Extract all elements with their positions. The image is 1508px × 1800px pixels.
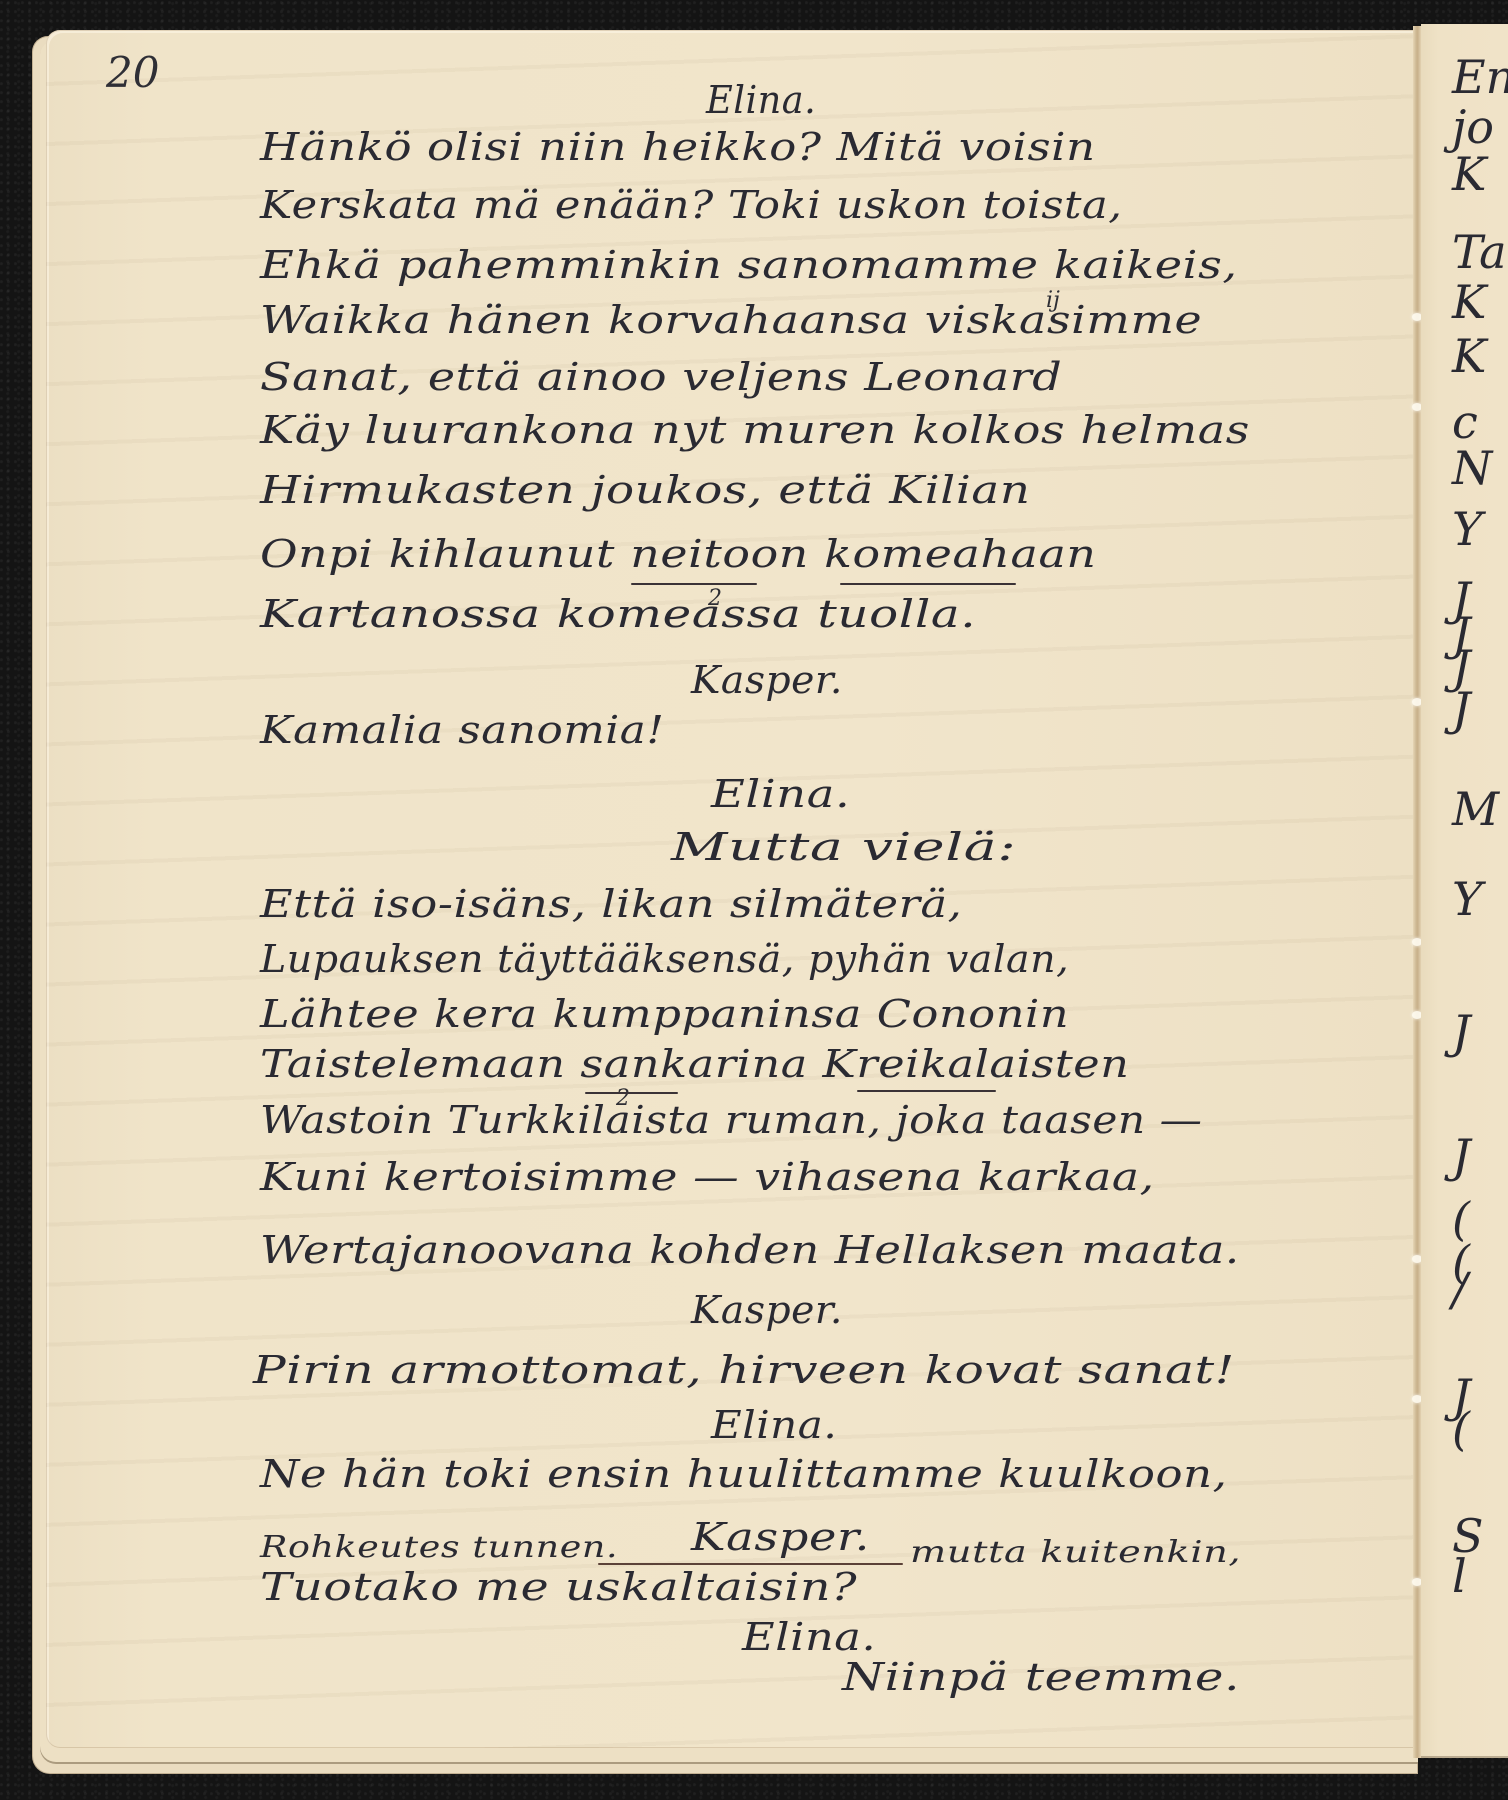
verse-line: Waikka hänen korvahaansa viskasimme xyxy=(260,301,1202,339)
verse-line: Pirin armottomat, hirveen kovat sanat! xyxy=(253,1351,1235,1389)
underline-komeahaan xyxy=(840,583,1016,585)
verse-line: Lähtee kera kumppaninsa Cononin xyxy=(260,995,1069,1033)
speaker-label-elina: Elina. xyxy=(711,1406,837,1444)
partial-glyph: J xyxy=(1452,1009,1470,1055)
partial-glyph: K xyxy=(1452,333,1486,379)
partial-glyph: J xyxy=(1452,686,1470,732)
book-gutter xyxy=(1413,26,1421,1758)
verse-line: Wastoin Turkkilaista ruman, joka taasen … xyxy=(260,1101,1202,1139)
verse-line: Onpi kihlaunut neitoon komeahaan xyxy=(260,535,1097,573)
partial-glyph: N xyxy=(1452,445,1492,491)
right-page-fragment: En jo K Ta K K c N Y J J J J M Y J J ( (… xyxy=(1421,24,1508,1758)
verse-line: Ne hän toki ensin huulittamme kuulkoon, xyxy=(260,1455,1228,1493)
speaker-label-kasper-inline: Kasper. xyxy=(691,1518,870,1556)
verse-line: Ehkä pahemminkin sanomamme kaikeis, xyxy=(260,246,1238,284)
partial-glyph: K xyxy=(1452,151,1486,197)
verse-line-fragment: Rohkeutes tunnen. xyxy=(260,1533,618,1563)
verse-line: Tuotako me uskaltaisin? xyxy=(260,1568,857,1606)
partial-glyph: M xyxy=(1452,786,1499,832)
speaker-label-kasper: Kasper. xyxy=(691,661,843,699)
speaker-label-elina: Elina. xyxy=(706,81,816,119)
verse-line: Sanat, että ainoo veljens Leonard xyxy=(260,358,1062,396)
verse-line: Kuni kertoisimme — vihasena karkaa, xyxy=(260,1158,1155,1196)
verse-line: Niinpä teemme. xyxy=(842,1658,1240,1696)
partial-glyph: Ta xyxy=(1452,229,1507,275)
verse-line: Kartanossa komeassa tuolla. xyxy=(260,595,976,633)
verse-line: Taistelemaan sankarina Kreikalaisten xyxy=(260,1045,1129,1083)
page-number: 20 xyxy=(106,52,159,94)
speaker-label-elina: Elina. xyxy=(742,1618,876,1656)
partial-glyph: Y xyxy=(1452,876,1482,922)
verse-line-fragment: mutta kuitenkin, xyxy=(910,1538,1241,1568)
verse-line: Wertajanoovana kohden Hellaksen maata. xyxy=(260,1231,1240,1269)
partial-glyph: c xyxy=(1452,399,1478,445)
verse-line: Että iso-isäns, likan silmäterä, xyxy=(260,885,962,923)
partial-glyph: J xyxy=(1452,1133,1470,1179)
partial-glyph: l xyxy=(1452,1553,1467,1599)
partial-glyph: ( xyxy=(1452,1406,1470,1452)
partial-glyph: jo xyxy=(1452,104,1494,150)
underline-kreikalaisten xyxy=(857,1090,996,1092)
insertion-mark: ij xyxy=(1046,290,1060,312)
partial-glyph: Y xyxy=(1452,506,1482,552)
verse-line: Hänkö olisi niin heikko? Mitä voisin xyxy=(260,128,1096,166)
verse-line: Kerskata mä enään? Toki uskon toista, xyxy=(260,186,1123,224)
underline-kasper-stage-direction xyxy=(598,1563,903,1565)
partial-glyph: / xyxy=(1452,1266,1468,1312)
speaker-label-kasper: Kasper. xyxy=(691,1291,843,1329)
underline-sankarina xyxy=(585,1092,678,1094)
speaker-label-elina: Elina. xyxy=(711,775,850,813)
verse-line: Käy luurankona nyt muren kolkos helmas xyxy=(260,411,1250,449)
partial-glyph: K xyxy=(1452,279,1486,325)
partial-glyph: En xyxy=(1452,54,1508,100)
verse-line: Mutta vielä: xyxy=(671,828,1017,866)
verse-line: Kamalia sanomia! xyxy=(260,711,664,749)
verse-line: Lupauksen täyttääksensä, pyhän valan, xyxy=(260,940,1069,978)
underline-neitoon xyxy=(631,583,757,585)
number-mark: 2 xyxy=(708,588,722,610)
verse-line: Hirmukasten joukos, että Kilian xyxy=(260,471,1030,509)
